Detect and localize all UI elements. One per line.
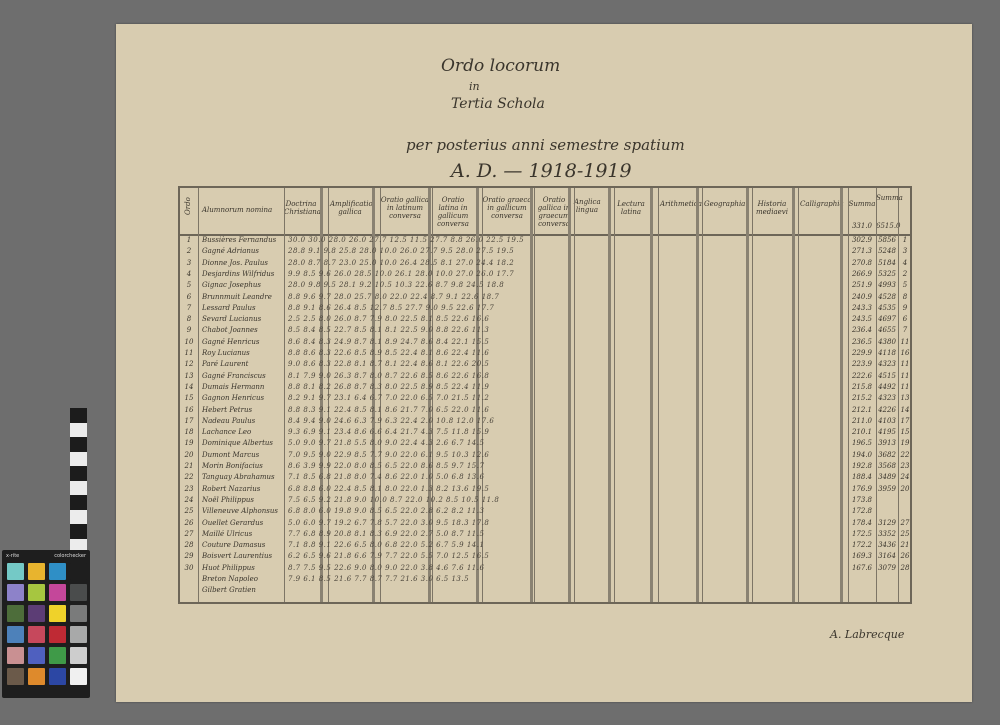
final-rank: 20: [898, 485, 912, 493]
color-patch: [7, 605, 24, 622]
final-rank: 22: [898, 451, 912, 459]
title-in: in: [469, 80, 480, 93]
subject-scores: 9.3 6.9 9.1 23.4 8.6 6.6 6.4 21.7 4.3 7.…: [288, 428, 808, 436]
scale-segment: [70, 466, 87, 481]
signature: A. Labrecque: [830, 628, 904, 641]
table-row: 18Lachance Leo9.3 6.9 9.1 23.4 8.6 6.6 6…: [180, 428, 910, 439]
weighted-total: 3164: [876, 552, 898, 560]
student-name: Ouellet Gerardus: [202, 519, 282, 527]
weighted-total: 3959: [876, 485, 898, 493]
total-score: 266.9: [848, 270, 876, 278]
weighted-total: 4993: [876, 281, 898, 289]
subject-scores: 6.8 8.0 6.0 19.8 9.0 8.5 6.5 22.0 2.8 6.…: [288, 507, 808, 515]
color-patch-grid: [7, 563, 87, 685]
color-patch: [70, 563, 87, 580]
weighted-total: 4195: [876, 428, 898, 436]
scale-segment: [70, 481, 87, 496]
total-score: 167.6: [848, 564, 876, 572]
weighted-total: 4323: [876, 394, 898, 402]
table-row: 1Bussières Fernandus30.0 30.0 28.0 26.0 …: [180, 236, 910, 247]
header-ordo: Ordo: [184, 201, 192, 215]
subject-scores: 8.8 8.3 9.1 22.4 8.5 8.1 8.6 21.7 7.0 6.…: [288, 406, 808, 414]
final-rank: 11: [898, 338, 912, 346]
weighted-total: 3568: [876, 462, 898, 470]
student-name: Brunnmuit Leandre: [202, 293, 282, 301]
subject-scores: 7.0 9.5 9.0 22.9 8.5 7.7 9.0 22.0 6.1 9.…: [288, 451, 808, 459]
rank-number: 25: [184, 507, 194, 515]
color-patch: [7, 563, 24, 580]
weighted-total: 4380: [876, 338, 898, 346]
scale-segment: [70, 408, 87, 423]
student-name: Gagnon Henricus: [202, 394, 282, 402]
final-rank: 17: [898, 417, 912, 425]
subject-scores: 28.0 8.7 8.7 23.0 25.0 10.0 26.4 28.5 8.…: [288, 259, 808, 267]
max-summa-1: 331.0: [848, 222, 876, 230]
total-score: 188.4: [848, 473, 876, 481]
table-row: 3Dionne Jos. Paulus28.0 8.7 8.7 23.0 25.…: [180, 259, 910, 270]
table-row: 6Brunnmuit Leandre8.8 9.6 9.7 28.0 25.7 …: [180, 293, 910, 304]
subject-scores: 7.1 8.5 6.8 21.8 8.0 7.4 8.6 22.0 1.0 5.…: [288, 473, 808, 481]
weighted-total: 4492: [876, 383, 898, 391]
total-score: 302.9: [848, 236, 876, 244]
final-rank: 11: [898, 372, 912, 380]
total-score: 172.8: [848, 507, 876, 515]
color-checker-card: x-ritecolorchecker: [2, 550, 90, 698]
table-row: 20Dumont Marcus7.0 9.5 9.0 22.9 8.5 7.7 …: [180, 451, 910, 462]
header-anglica: Anglica lingua: [574, 198, 600, 214]
table-row: 10Gagné Henricus8.6 8.4 8.3 24.9 8.7 8.1…: [180, 338, 910, 349]
subject-scores: 6.2 6.5 9.6 21.8 6.6 7.9 7.7 22.0 5.5 7.…: [288, 552, 808, 560]
color-patch: [70, 647, 87, 664]
table-row: 11Roy Lucianus8.8 8.6 8.3 22.6 8.5 8.9 8…: [180, 349, 910, 360]
color-patch: [70, 605, 87, 622]
header-historia: Historia mediaevi: [754, 200, 790, 216]
table-row: 22Tanguay Abrahamus7.1 8.5 6.8 21.8 8.0 …: [180, 473, 910, 484]
final-rank: 26: [898, 552, 912, 560]
subject-scores: 2.5 2.5 8.0 26.0 8.7 7.9 8.0 22.5 8.1 8.…: [288, 315, 808, 323]
student-name: Gagné Adrianus: [202, 247, 282, 255]
table-row: 17Nadeau Paulus8.4 9.4 9.0 24.6 6.3 7.9 …: [180, 417, 910, 428]
subject-scores: 8.8 8.1 8.2 26.8 8.7 8.3 8.0 22.5 8.9 8.…: [288, 383, 808, 391]
rank-number: 18: [184, 428, 194, 436]
color-patch: [49, 668, 66, 685]
checker-label: colorchecker: [54, 553, 86, 559]
rank-number: 5: [184, 281, 194, 289]
total-score: 178.4: [848, 519, 876, 527]
color-patch: [28, 647, 45, 664]
header-lectura: Lectura latina: [616, 200, 646, 216]
student-name: Villeneuve Alphonsus: [202, 507, 282, 515]
table-row: 29Boisvert Laurentius6.2 6.5 9.6 21.8 6.…: [180, 552, 910, 563]
table-row: 9Chabot Joannes8.5 8.4 8.5 22.7 8.5 8.1 …: [180, 326, 910, 337]
rank-number: 17: [184, 417, 194, 425]
student-name: Dumais Hermann: [202, 383, 282, 391]
weighted-total: 4528: [876, 293, 898, 301]
table-row: 23Robert Nazarius6.8 8.8 6.0 22.4 8.5 8.…: [180, 485, 910, 496]
final-rank: 15: [898, 428, 912, 436]
max-summa-2: 6515.0: [876, 222, 898, 230]
color-patch: [49, 605, 66, 622]
final-rank: 24: [898, 473, 912, 481]
student-name: Morin Bonifacius: [202, 462, 282, 470]
document-sheet: Ordo locorum in Tertia Schola per poster…: [116, 24, 972, 702]
subject-scores: 7.9 6.1 8.5 21.6 7.7 8.7 7.7 21.6 3.0 6.…: [288, 575, 808, 583]
subject-scores: 8.7 7.5 9.5 22.6 9.0 8.0 9.0 22.0 3.8 4.…: [288, 564, 808, 572]
subject-scores: 8.8 9.6 9.7 28.0 25.7 8.0 22.0 22.4 8.7 …: [288, 293, 808, 301]
total-score: 243.5: [848, 315, 876, 323]
rank-number: 20: [184, 451, 194, 459]
color-patch: [7, 626, 24, 643]
weighted-total: 4103: [876, 417, 898, 425]
rank-number: 13: [184, 372, 194, 380]
subject-scores: 5.0 6.0 9.7 19.2 6.7 7.8 5.7 22.0 3.0 9.…: [288, 519, 808, 527]
total-score: 223.9: [848, 360, 876, 368]
table-row: 4Desjardins Wilfridus9.9 8.5 9.6 26.0 28…: [180, 270, 910, 281]
rank-number: 14: [184, 383, 194, 391]
final-rank: 11: [898, 383, 912, 391]
student-name: Roy Lucianus: [202, 349, 282, 357]
weighted-total: 3079: [876, 564, 898, 572]
rank-number: 29: [184, 552, 194, 560]
color-patch: [28, 605, 45, 622]
total-score: 236.5: [848, 338, 876, 346]
student-name: Lessard Paulus: [202, 304, 282, 312]
total-score: 173.8: [848, 496, 876, 504]
color-patch: [28, 626, 45, 643]
weighted-total: 3129: [876, 519, 898, 527]
table-row: Breton Napoleo7.9 6.1 8.5 21.6 7.7 8.7 7…: [180, 575, 910, 586]
final-rank: 28: [898, 564, 912, 572]
scale-segment: [70, 495, 87, 510]
weighted-total: 3352: [876, 530, 898, 538]
weighted-total: 4515: [876, 372, 898, 380]
table-row: 24Noël Philippus7.5 6.5 9.2 21.8 9.0 10.…: [180, 496, 910, 507]
table-header: Ordo Alumnorum nomina Doctrina Christian…: [180, 188, 910, 236]
rank-number: 19: [184, 439, 194, 447]
student-name: Gilbert Gratien: [202, 586, 282, 594]
student-name: Robert Nazarius: [202, 485, 282, 493]
final-rank: 6: [898, 315, 912, 323]
subject-scores: 7.1 8.8 9.1 22.6 6.5 8.0 6.8 22.0 5.2 6.…: [288, 541, 808, 549]
final-rank: 25: [898, 530, 912, 538]
student-name: Boisvert Laurentius: [202, 552, 282, 560]
weighted-total: 4697: [876, 315, 898, 323]
student-name: Sevard Lucianus: [202, 315, 282, 323]
final-rank: 19: [898, 439, 912, 447]
total-score: 176.9: [848, 485, 876, 493]
subject-scores: 9.0 8.6 8.3 22.8 8.1 8.7 8.1 22.4 8.6 8.…: [288, 360, 808, 368]
subject-scores: 8.6 8.4 8.3 24.9 8.7 8.1 8.9 24.7 8.6 8.…: [288, 338, 808, 346]
subject-scores: 5.0 9.0 9.7 21.8 5.5 8.0 9.0 22.4 4.3 2.…: [288, 439, 808, 447]
scale-segment: [70, 452, 87, 467]
total-score: 229.9: [848, 349, 876, 357]
color-patch: [49, 584, 66, 601]
color-patch: [7, 584, 24, 601]
grades-table: Ordo Alumnorum nomina Doctrina Christian…: [178, 186, 912, 604]
student-name: Noël Philippus: [202, 496, 282, 504]
subject-scores: 8.8 8.6 8.3 22.6 8.5 8.9 8.5 22.4 8.1 8.…: [288, 349, 808, 357]
final-rank: 5: [898, 281, 912, 289]
table-row: 26Ouellet Gerardus5.0 6.0 9.7 19.2 6.7 7…: [180, 519, 910, 530]
final-rank: 3: [898, 247, 912, 255]
subject-scores: 30.0 30.0 28.0 26.0 27.7 12.5 11.5 27.7 …: [288, 236, 808, 244]
table-row: 30Huot Philippus8.7 7.5 9.5 22.6 9.0 8.0…: [180, 564, 910, 575]
header-oratio-gallica-latinum: Oratio gallica in latinum conversa: [380, 196, 430, 220]
scale-segment: [70, 437, 87, 452]
final-rank: 1: [898, 236, 912, 244]
table-row: 15Gagnon Henricus8.2 9.1 9.7 23.1 6.4 6.…: [180, 394, 910, 405]
student-name: Breton Napoleo: [202, 575, 282, 583]
subject-scores: 8.5 8.4 8.5 22.7 8.5 8.1 8.1 22.5 9.0 8.…: [288, 326, 808, 334]
total-score: 271.3: [848, 247, 876, 255]
table-row: 21Morin Bonifacius8.6 3.9 9.9 22.0 8.0 8…: [180, 462, 910, 473]
final-rank: 7: [898, 326, 912, 334]
weighted-total: 4655: [876, 326, 898, 334]
color-patch: [49, 563, 66, 580]
subject-scores: 28.0 9.8 9.5 28.1 9.2 10.5 10.3 22.6 8.7…: [288, 281, 808, 289]
table-row: 27Maillé Ulricus7.7 6.8 8.9 20.8 8.1 8.3…: [180, 530, 910, 541]
student-name: Chabot Joannes: [202, 326, 282, 334]
total-score: 212.1: [848, 406, 876, 414]
color-patch: [28, 584, 45, 601]
student-name: Gagné Franciscus: [202, 372, 282, 380]
rank-number: 16: [184, 406, 194, 414]
table-row: 7Lessard Paulus8.8 9.1 8.6 26.4 8.5 12.7…: [180, 304, 910, 315]
color-patch: [7, 647, 24, 664]
total-score: 251.9: [848, 281, 876, 289]
total-score: 222.6: [848, 372, 876, 380]
subject-scores: 28.8 9.1 9.8 25.8 28.0 10.0 26.0 27.7 9.…: [288, 247, 808, 255]
subject-scores: 6.8 8.8 6.0 22.4 8.5 8.1 8.0 22.0 1.3 8.…: [288, 485, 808, 493]
student-name: Paré Laurent: [202, 360, 282, 368]
rank-number: 24: [184, 496, 194, 504]
rank-number: 8: [184, 315, 194, 323]
final-rank: 21: [898, 541, 912, 549]
weighted-total: 3489: [876, 473, 898, 481]
color-patch: [70, 668, 87, 685]
rank-number: 27: [184, 530, 194, 538]
weighted-total: 4323: [876, 360, 898, 368]
table-row: 25Villeneuve Alphonsus6.8 8.0 6.0 19.8 9…: [180, 507, 910, 518]
student-name: Nadeau Paulus: [202, 417, 282, 425]
table-row: 8Sevard Lucianus2.5 2.5 8.0 26.0 8.7 7.9…: [180, 315, 910, 326]
scale-segment: [70, 510, 87, 525]
student-name: Gagné Henricus: [202, 338, 282, 346]
weighted-total: 5325: [876, 270, 898, 278]
rank-number: 2: [184, 247, 194, 255]
student-name: Bussières Fernandus: [202, 236, 282, 244]
rank-number: 3: [184, 259, 194, 267]
table-row: 14Dumais Hermann8.8 8.1 8.2 26.8 8.7 8.3…: [180, 383, 910, 394]
total-score: 192.8: [848, 462, 876, 470]
total-score: 172.5: [848, 530, 876, 538]
header-doctrina: Doctrina Christiana: [284, 200, 318, 216]
final-rank: 27: [898, 519, 912, 527]
final-rank: 16: [898, 349, 912, 357]
table-row: 2Gagné Adrianus28.8 9.1 9.8 25.8 28.0 10…: [180, 247, 910, 258]
subject-scores: 9.9 8.5 9.6 26.0 28.5 10.0 26.1 28.0 10.…: [288, 270, 808, 278]
rank-number: 30: [184, 564, 194, 572]
rank-number: 4: [184, 270, 194, 278]
total-score: 169.3: [848, 552, 876, 560]
checker-brand: x-rite: [6, 553, 19, 559]
total-score: 270.8: [848, 259, 876, 267]
rank-number: 26: [184, 519, 194, 527]
header-amplificatio: Amplificatio gallica: [330, 200, 370, 216]
subject-scores: 8.8 9.1 8.6 26.4 8.5 12.7 8.5 27.7 9.0 9…: [288, 304, 808, 312]
total-score: 243.3: [848, 304, 876, 312]
weighted-total: 3913: [876, 439, 898, 447]
title-year: A. D. — 1918-1919: [451, 160, 632, 182]
rank-number: 23: [184, 485, 194, 493]
subject-scores: 7.5 6.5 9.2 21.8 9.0 10.0 8.7 22.0 10.2 …: [288, 496, 808, 504]
header-summa-2: Summa: [876, 194, 898, 202]
table-row: 16Hebert Petrus8.8 8.3 9.1 22.4 8.5 8.1 …: [180, 406, 910, 417]
header-geographia: Geographia: [704, 200, 744, 208]
student-name: Lachance Leo: [202, 428, 282, 436]
table-row: 19Dominique Albertus5.0 9.0 9.7 21.8 5.5…: [180, 439, 910, 450]
weighted-total: 5248: [876, 247, 898, 255]
subject-scores: 8.4 9.4 9.0 24.6 6.3 7.9 6.3 22.4 2.0 10…: [288, 417, 808, 425]
student-name: Dionne Jos. Paulus: [202, 259, 282, 267]
header-oratio-latina-gallicum: Oratio latina in gallicum conversa: [432, 196, 474, 228]
total-score: 236.4: [848, 326, 876, 334]
total-score: 215.8: [848, 383, 876, 391]
weighted-total: 3436: [876, 541, 898, 549]
total-score: 211.0: [848, 417, 876, 425]
total-score: 194.0: [848, 451, 876, 459]
subject-scores: 8.1 7.9 9.0 26.3 8.7 8.0 8.7 22.6 8.5 8.…: [288, 372, 808, 380]
rank-number: 21: [184, 462, 194, 470]
header-summa-1: Summa: [848, 200, 876, 208]
student-name: Dominique Albertus: [202, 439, 282, 447]
final-rank: 4: [898, 259, 912, 267]
grayscale-scale-bar: [70, 408, 87, 553]
color-patch: [70, 584, 87, 601]
rank-number: 12: [184, 360, 194, 368]
student-name: Maillé Ulricus: [202, 530, 282, 538]
header-nomina: Alumnorum nomina: [202, 206, 282, 214]
header-arithmetica: Arithmetica: [660, 200, 694, 208]
table-row: 12Paré Laurent9.0 8.6 8.3 22.8 8.1 8.7 8…: [180, 360, 910, 371]
student-name: Gignac Josephus: [202, 281, 282, 289]
scale-segment: [70, 524, 87, 539]
rank-number: 6: [184, 293, 194, 301]
header-calligraphia: Calligraphia: [800, 200, 834, 208]
rank-number: 9: [184, 326, 194, 334]
student-name: Hebert Petrus: [202, 406, 282, 414]
total-score: 215.2: [848, 394, 876, 402]
rank-number: 7: [184, 304, 194, 312]
table-row: 28Couture Damasus7.1 8.8 9.1 22.6 6.5 8.…: [180, 541, 910, 552]
student-name: Dumont Marcus: [202, 451, 282, 459]
table-row: Gilbert Gratien: [180, 586, 910, 597]
total-score: 210.1: [848, 428, 876, 436]
total-score: 196.5: [848, 439, 876, 447]
final-rank: 13: [898, 394, 912, 402]
student-name: Desjardins Wilfridus: [202, 270, 282, 278]
final-rank: 2: [898, 270, 912, 278]
rank-number: 22: [184, 473, 194, 481]
scale-segment: [70, 423, 87, 438]
final-rank: 23: [898, 462, 912, 470]
color-patch: [70, 626, 87, 643]
rank-number: 10: [184, 338, 194, 346]
color-patch: [28, 563, 45, 580]
rank-number: 28: [184, 541, 194, 549]
total-score: 240.9: [848, 293, 876, 301]
rank-number: 1: [184, 236, 194, 244]
subject-scores: 8.2 9.1 9.7 23.1 6.4 6.7 7.0 22.0 6.5 7.…: [288, 394, 808, 402]
title-schola: Tertia Schola: [451, 96, 545, 112]
table-row: 5Gignac Josephus28.0 9.8 9.5 28.1 9.2 10…: [180, 281, 910, 292]
color-patch: [49, 647, 66, 664]
weighted-total: 4118: [876, 349, 898, 357]
final-rank: 11: [898, 360, 912, 368]
student-name: Tanguay Abrahamus: [202, 473, 282, 481]
weighted-total: 3682: [876, 451, 898, 459]
total-score: 172.2: [848, 541, 876, 549]
title-ordo-locorum: Ordo locorum: [441, 56, 560, 76]
weighted-total: 5184: [876, 259, 898, 267]
title-period: per posterius anni semestre spatium: [406, 136, 685, 154]
color-patch: [49, 626, 66, 643]
color-patch: [7, 668, 24, 685]
rank-number: 11: [184, 349, 194, 357]
student-name: Huot Philippus: [202, 564, 282, 572]
weighted-total: 5856: [876, 236, 898, 244]
weighted-total: 4226: [876, 406, 898, 414]
header-oratio-graeca: Oratio graeca in gallicum conversa: [482, 196, 532, 220]
student-name: Couture Damasus: [202, 541, 282, 549]
subject-scores: 7.7 6.8 8.9 20.8 8.1 8.3 6.9 22.0 2.7 5.…: [288, 530, 808, 538]
final-rank: 9: [898, 304, 912, 312]
weighted-total: 4535: [876, 304, 898, 312]
final-rank: 14: [898, 406, 912, 414]
final-rank: 8: [898, 293, 912, 301]
color-patch: [28, 668, 45, 685]
rank-number: 15: [184, 394, 194, 402]
table-row: 13Gagné Franciscus8.1 7.9 9.0 26.3 8.7 8…: [180, 372, 910, 383]
subject-scores: 8.6 3.9 9.9 22.0 8.0 8.5 6.5 22.0 8.6 8.…: [288, 462, 808, 470]
